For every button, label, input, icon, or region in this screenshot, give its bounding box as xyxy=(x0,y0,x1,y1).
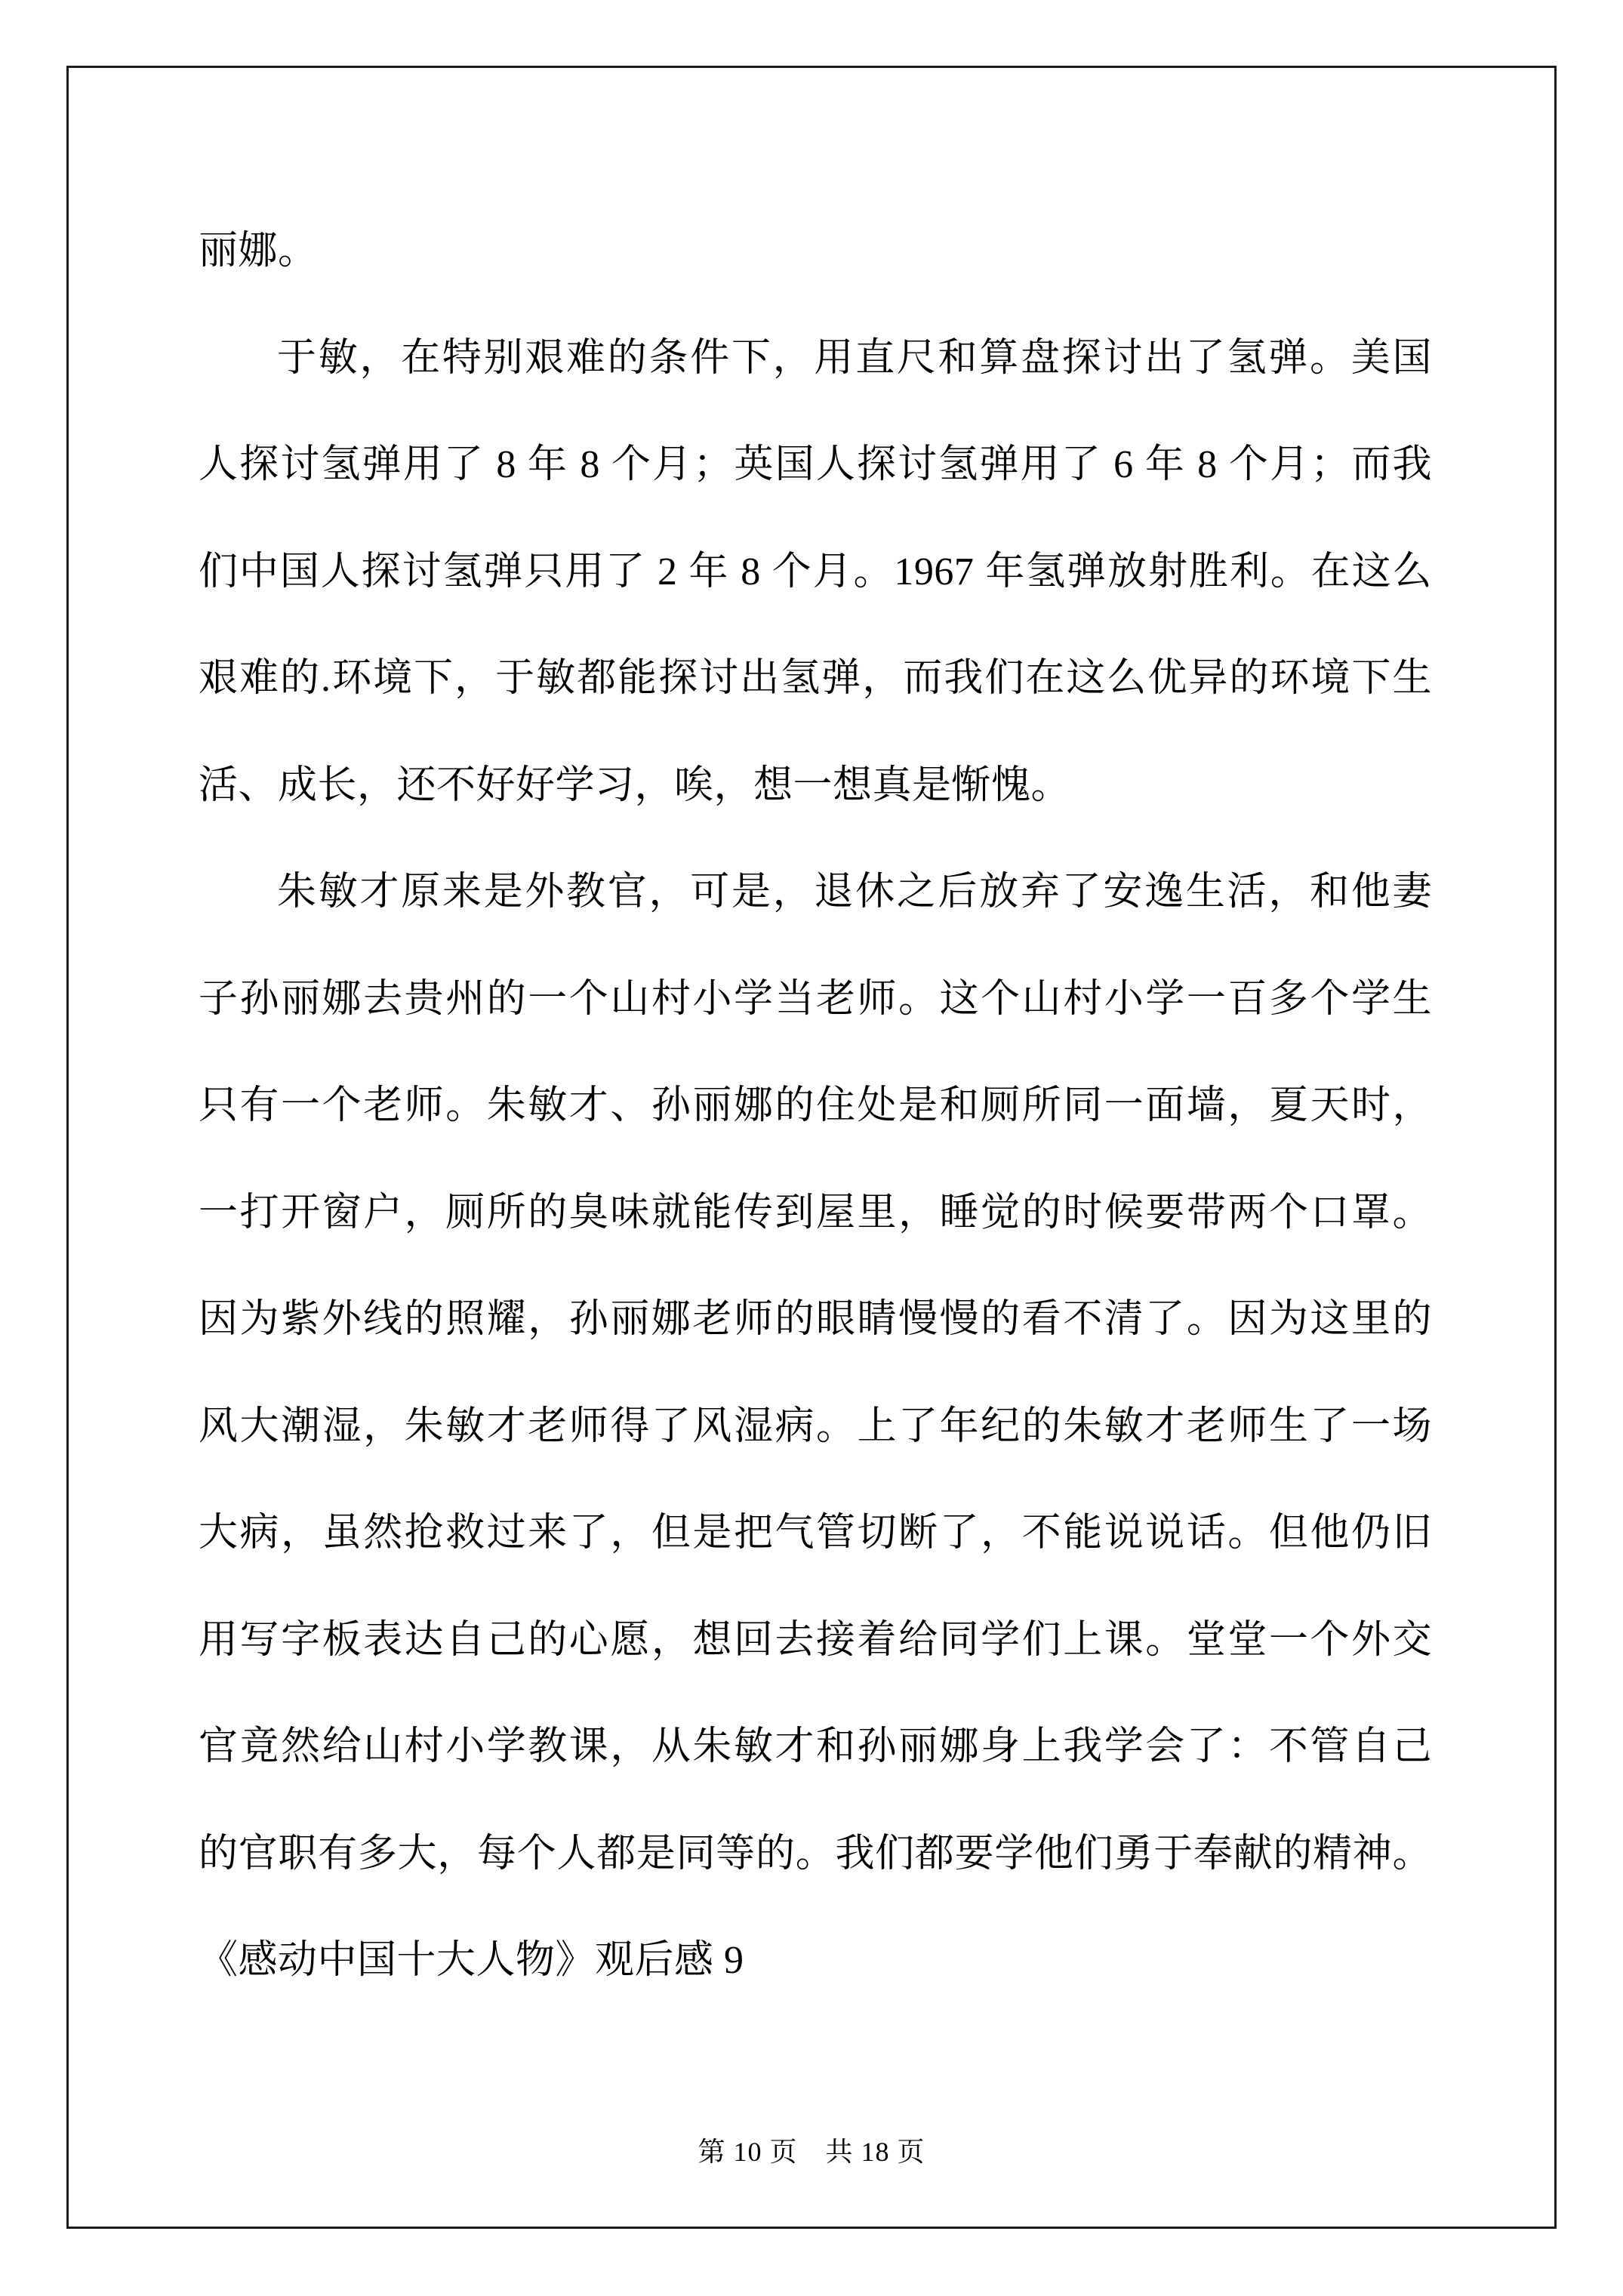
text-line: 丽娜。 xyxy=(199,198,1432,305)
text-line: 朱敏才原来是外教官，可是，退休之后放弃了安逸生活，和他妻 xyxy=(199,839,1432,946)
text-line: 《感动中国十大人物》观后感 9 xyxy=(199,1907,1432,2014)
text-line: 于敏，在特别艰难的条件下，用直尺和算盘探讨出了氢弹。美国 xyxy=(199,305,1432,412)
text-line: 风大潮湿，朱敏才老师得了风湿病。上了年纪的朱敏才老师生了一场 xyxy=(199,1373,1432,1481)
text-line: 因为紫外线的照耀，孙丽娜老师的眼睛慢慢的看不清了。因为这里的 xyxy=(199,1266,1432,1373)
text-line: 只有一个老师。朱敏才、孙丽娜的住处是和厕所同一面墙，夏天时， xyxy=(199,1052,1432,1160)
text-line: 官竟然给山村小学教课，从朱敏才和孙丽娜身上我学会了：不管自己 xyxy=(199,1693,1432,1801)
text-line: 子孙丽娜去贵州的一个山村小学当老师。这个山村小学一百多个学生 xyxy=(199,946,1432,1053)
text-line: 人探讨氢弹用了 8 年 8 个月；英国人探讨氢弹用了 6 年 8 个月；而我 xyxy=(199,411,1432,519)
text-line: 活、成长，还不好好学习，唉，想一想真是惭愧。 xyxy=(199,732,1432,840)
text-line: 大病，虽然抢救过来了，但是把气管切断了，不能说说话。但他仍旧 xyxy=(199,1480,1432,1587)
text-line: 的官职有多大，每个人都是同等的。我们都要学他们勇于奉献的精神。 xyxy=(199,1801,1432,1908)
page-footer: 第 10 页 共 18 页 xyxy=(66,2131,1557,2169)
text-line: 用写字板表达自己的心愿，想回去接着给同学们上课。堂堂一个外交 xyxy=(199,1587,1432,1694)
text-line: 一打开窗户，厕所的臭味就能传到屋里，睡觉的时候要带两个口罩。 xyxy=(199,1160,1432,1267)
text-line: 们中国人探讨氢弹只用了 2 年 8 个月。1967 年氢弹放射胜利。在这么 xyxy=(199,519,1432,626)
document-body-text: 丽娜。 于敏，在特别艰难的条件下，用直尺和算盘探讨出了氢弹。美国 人探讨氢弹用了… xyxy=(199,198,1432,2014)
text-line: 艰难的.环境下，于敏都能探讨出氢弹，而我们在这么优异的环境下生 xyxy=(199,625,1432,732)
document-page: { "doc": { "lines": [ { "text": "丽娜。" },… xyxy=(0,0,1623,2296)
